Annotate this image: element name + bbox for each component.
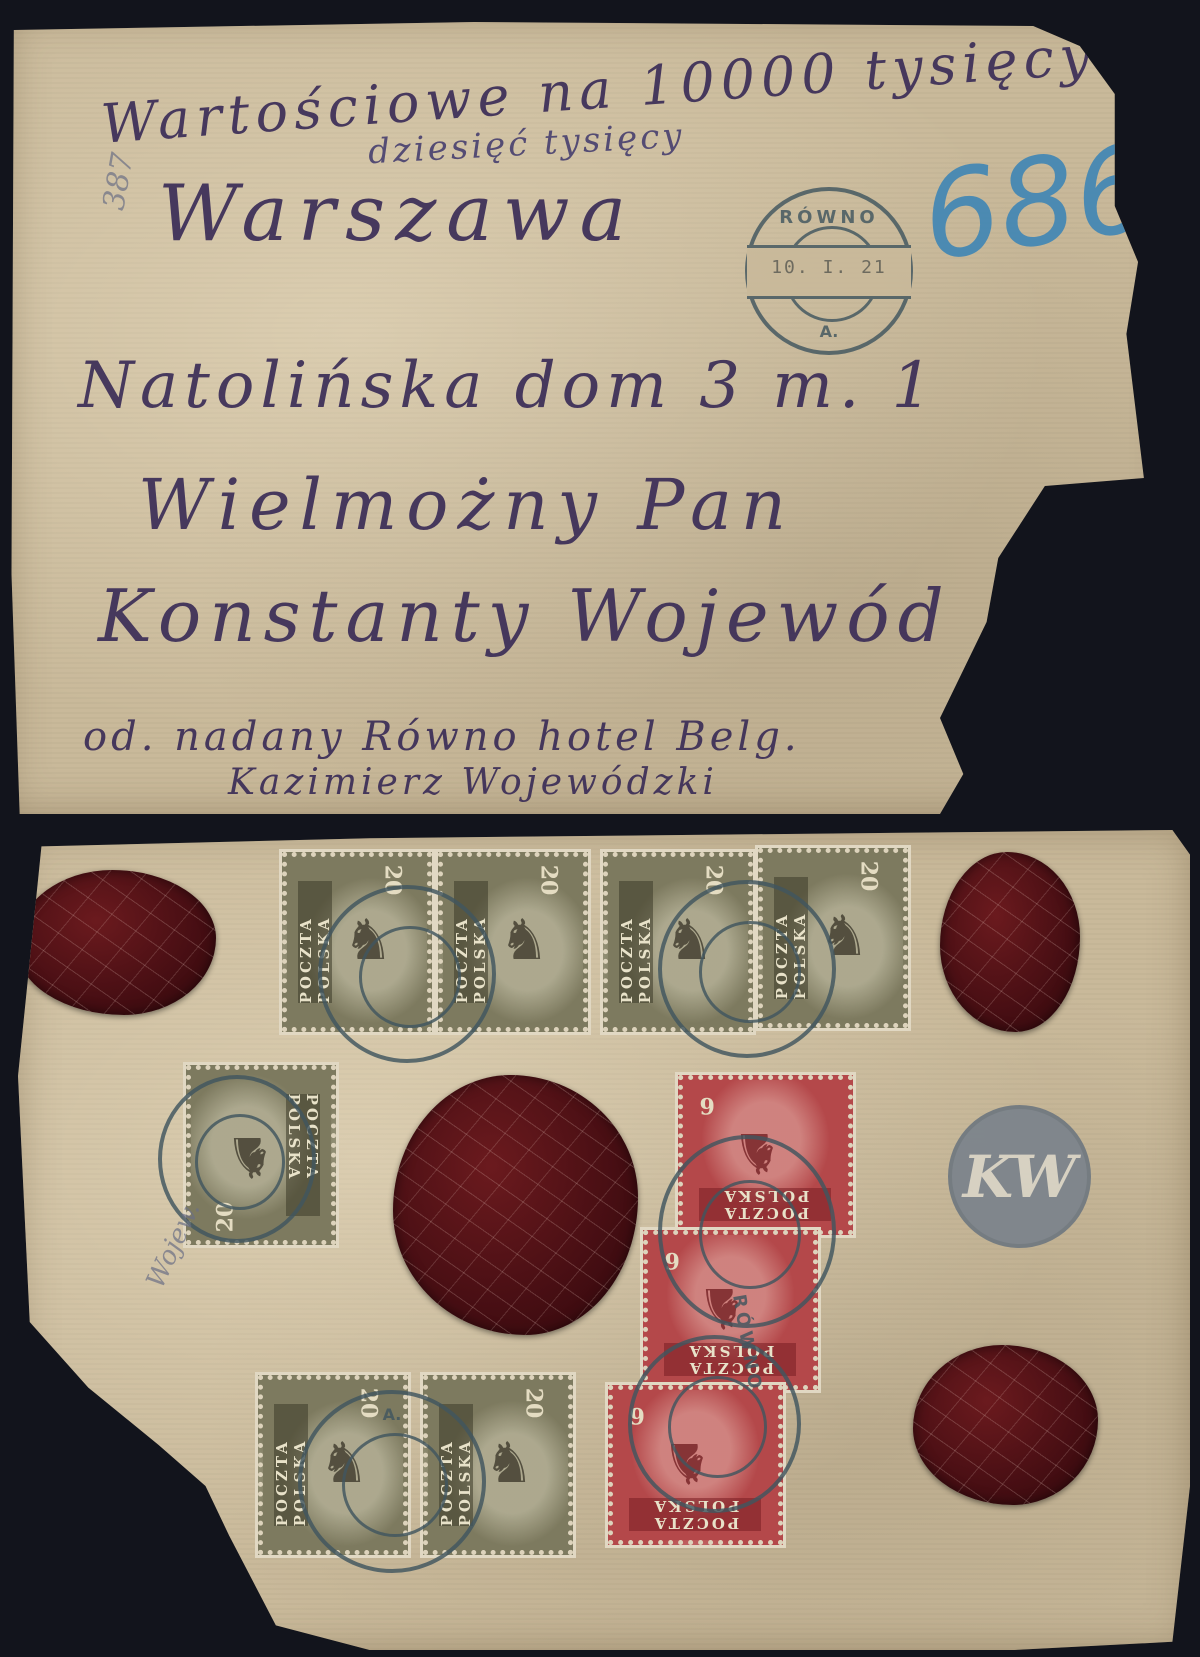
stamp-value: 20 — [855, 861, 881, 892]
postmark-town: RÓWNO — [749, 207, 909, 228]
stamp-inscription: POCZTA POLSKA — [618, 881, 654, 1003]
cancel-inner-ring — [342, 1433, 449, 1537]
wax-seal-top-left — [16, 870, 216, 1015]
postmark-code: A. — [749, 322, 909, 341]
sender-line-1: od. nadany Równo hotel Belg. — [83, 714, 801, 760]
pencil-mark: 387 — [96, 150, 140, 212]
front-postmark: RÓWNO 10. I. 21 A. — [745, 187, 913, 355]
stamp-value: 20 — [535, 865, 561, 896]
cancel-code: A. — [302, 1405, 482, 1424]
envelope-back: KW POCZTA POLSKA 20 ♞ POCZTA POLSKA 20 ♞… — [18, 830, 1190, 1650]
salutation: Wielmożny Pan — [138, 464, 795, 546]
stamp-value: 20 — [520, 1388, 546, 1419]
pencil-note: Wojew. — [141, 1197, 207, 1293]
destination-city: Warszawa — [158, 169, 636, 259]
cancel-inner-ring — [668, 1376, 766, 1477]
postmark-date: 10. I. 21 — [749, 257, 909, 278]
stamp-inscription-box: POCZTA POLSKA — [619, 881, 653, 1003]
scan-background-gap — [0, 814, 1200, 830]
cancel-inner-ring — [699, 1180, 800, 1290]
monogram-handstamp: KW — [948, 1105, 1091, 1248]
envelope-front: Wartościowe na 10000 tysięcy dziesięć ty… — [8, 14, 1173, 814]
cancel-inner-ring — [359, 926, 460, 1027]
addressee-name: Konstanty Wojewód — [98, 574, 952, 658]
back-cancel — [318, 885, 496, 1063]
cancel-inner-ring — [699, 921, 800, 1022]
wax-seal-bottom-right — [913, 1345, 1098, 1505]
street-address: Natolińska dom 3 m. 1 — [78, 349, 938, 423]
cancel-inner-ring — [195, 1114, 285, 1210]
horseman-icon: ♞ — [484, 1431, 534, 1496]
horseman-icon: ♞ — [499, 908, 549, 973]
wax-seal-top-right — [940, 852, 1080, 1032]
wax-seal-center — [393, 1075, 638, 1335]
back-cancel — [628, 1335, 801, 1513]
registration-number: 686 — [914, 119, 1160, 289]
stamp-value: 6 — [700, 1092, 715, 1118]
back-cancel — [658, 880, 836, 1058]
back-cancel: A. — [298, 1390, 486, 1573]
back-cancel: RÓWNO — [658, 1135, 836, 1328]
sender-line-2: Kazimierz Wojewódzki — [228, 762, 718, 803]
